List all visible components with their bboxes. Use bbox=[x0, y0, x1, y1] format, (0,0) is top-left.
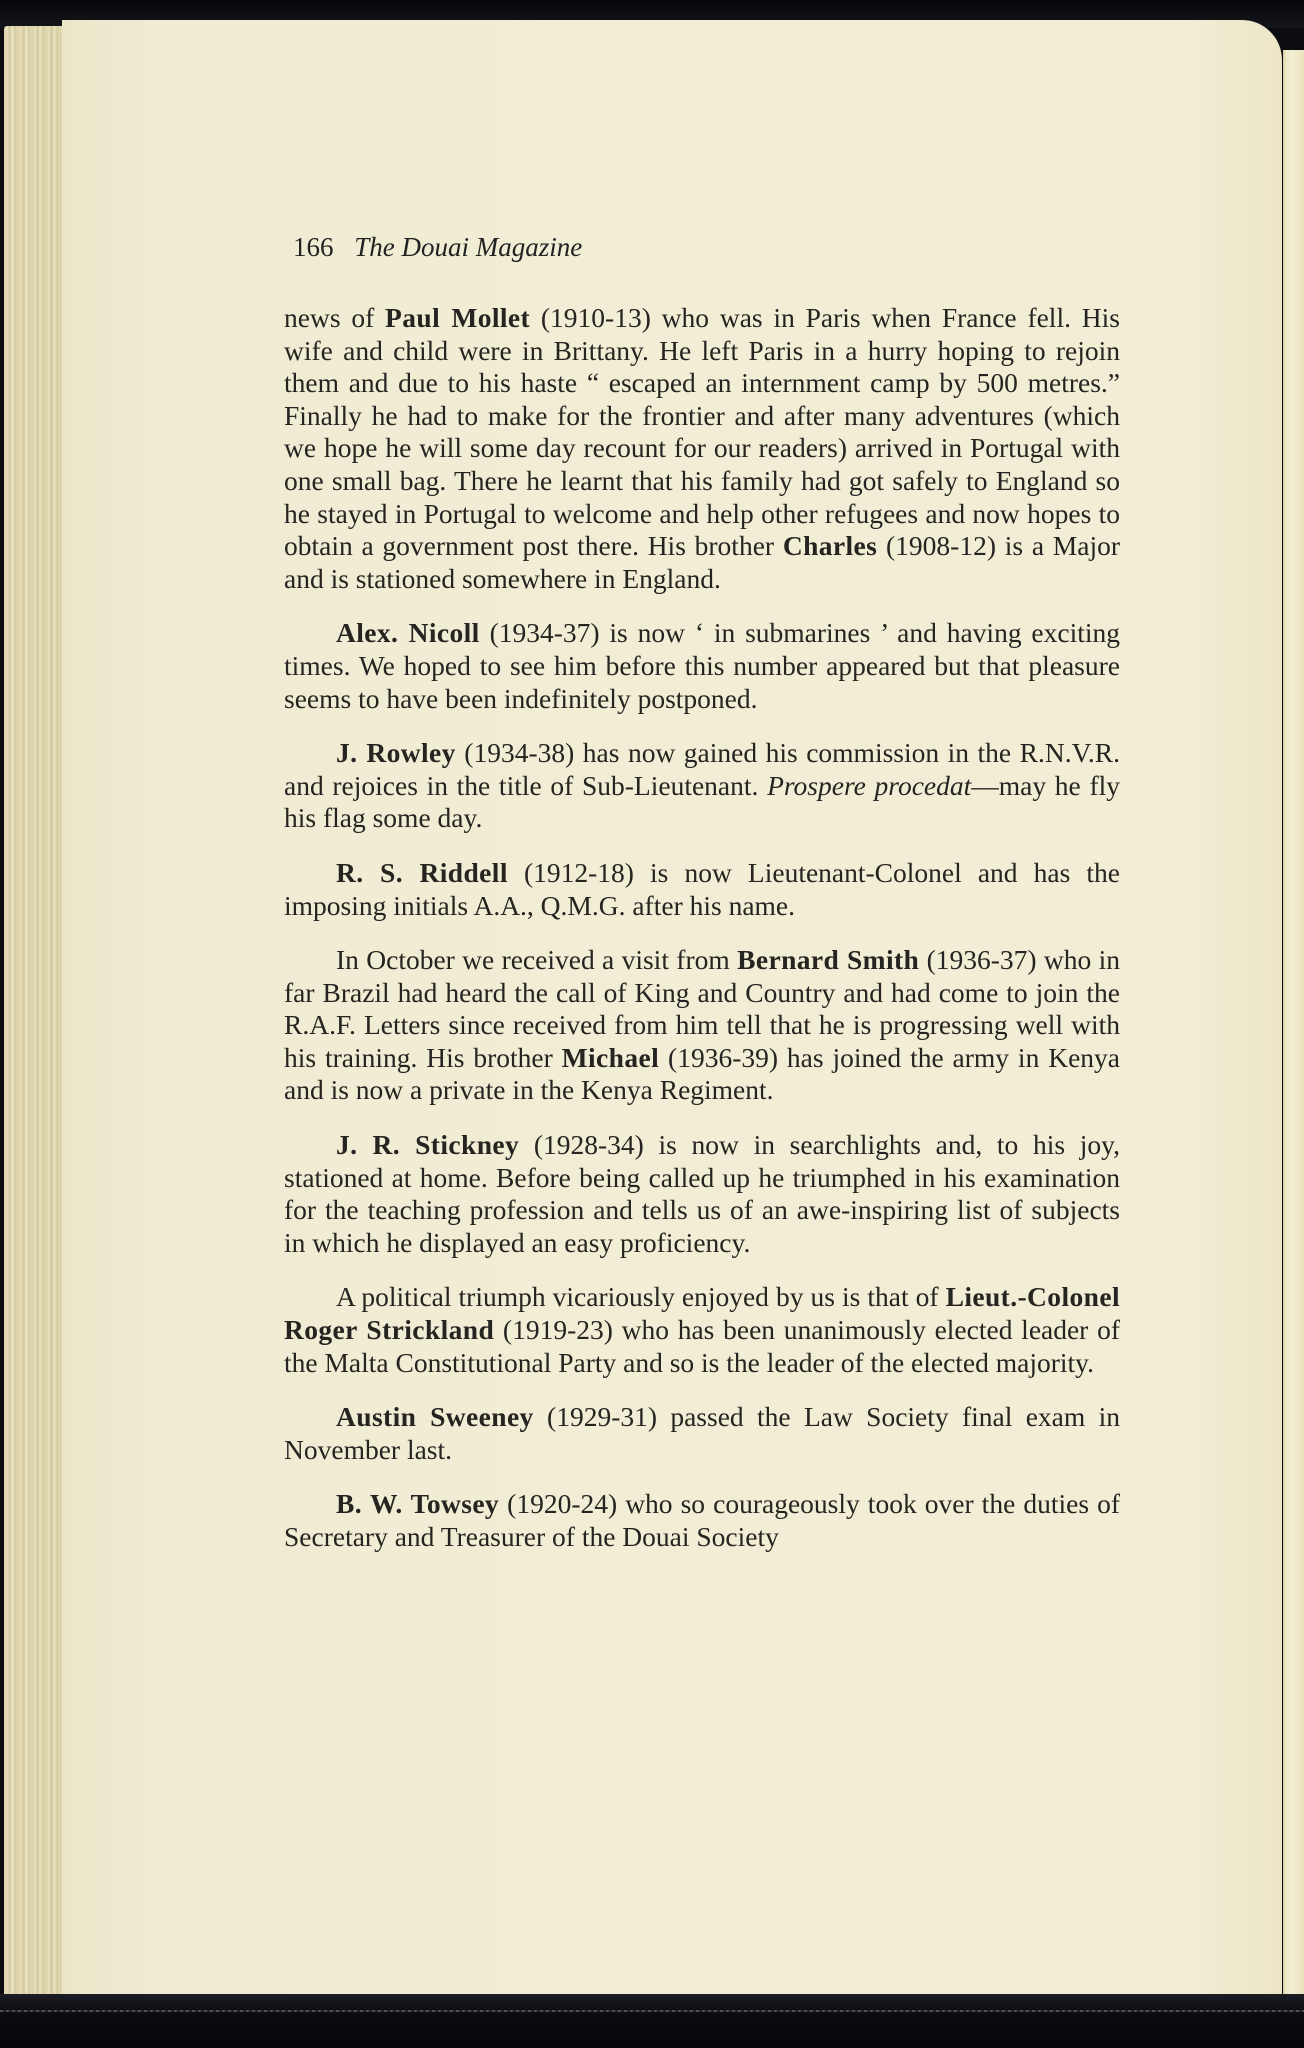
person-name: R. S. Riddell bbox=[336, 857, 508, 888]
paragraph-paul-mollet: news of Paul Mollet (1910-13) who was in… bbox=[284, 302, 1120, 595]
text-run: A political triumph vicariously enjoyed … bbox=[336, 1281, 946, 1312]
page-number: 166 bbox=[293, 232, 334, 262]
book-cover-bottom-edge bbox=[0, 1994, 1304, 2048]
person-name: Bernard Smith bbox=[737, 944, 919, 975]
person-name: B. W. Towsey bbox=[336, 1488, 499, 1519]
paragraph-alex-nicoll: Alex. Nicoll (1934-37) is now ‘ in subma… bbox=[284, 617, 1120, 715]
running-head: 166 The Douai Magazine bbox=[293, 232, 582, 263]
person-name: Austin Sweeney bbox=[336, 1401, 534, 1432]
paragraph-bw-towsey: B. W. Towsey (1920-24) who so courageous… bbox=[284, 1488, 1120, 1553]
text-run: news of bbox=[284, 302, 385, 333]
paragraph-jr-stickney: J. R. Stickney (1928-34) is now in searc… bbox=[284, 1129, 1120, 1259]
body-text: news of Paul Mollet (1910-13) who was in… bbox=[284, 302, 1120, 1576]
paragraph-rs-riddell: R. S. Riddell (1912-18) is now Lieutenan… bbox=[284, 857, 1120, 922]
person-name: Alex. Nicoll bbox=[336, 617, 480, 648]
paragraph-austin-sweeney: Austin Sweeney (1929-31) passed the Law … bbox=[284, 1401, 1120, 1466]
publication-title: The Douai Magazine bbox=[354, 232, 582, 262]
person-name: J. Rowley bbox=[336, 737, 456, 768]
page-gutter bbox=[1283, 50, 1304, 1994]
person-name: J. R. Stickney bbox=[336, 1129, 519, 1160]
paragraph-j-rowley: J. Rowley (1934-38) has now gained his c… bbox=[284, 737, 1120, 835]
latin-phrase: Prospere procedat bbox=[767, 770, 971, 801]
paragraph-bernard-smith: In October we received a visit from Bern… bbox=[284, 944, 1120, 1107]
page-edges-stack bbox=[4, 26, 64, 1998]
text-run: (1910-13) who was in Paris when France f… bbox=[284, 302, 1120, 561]
person-name: Michael bbox=[562, 1042, 660, 1073]
text-run: In October we received a visit from bbox=[336, 944, 737, 975]
paragraph-roger-strickland: A political triumph vicariously enjoyed … bbox=[284, 1281, 1120, 1379]
person-name: Paul Mollet bbox=[385, 302, 530, 333]
person-name: Charles bbox=[783, 530, 877, 561]
